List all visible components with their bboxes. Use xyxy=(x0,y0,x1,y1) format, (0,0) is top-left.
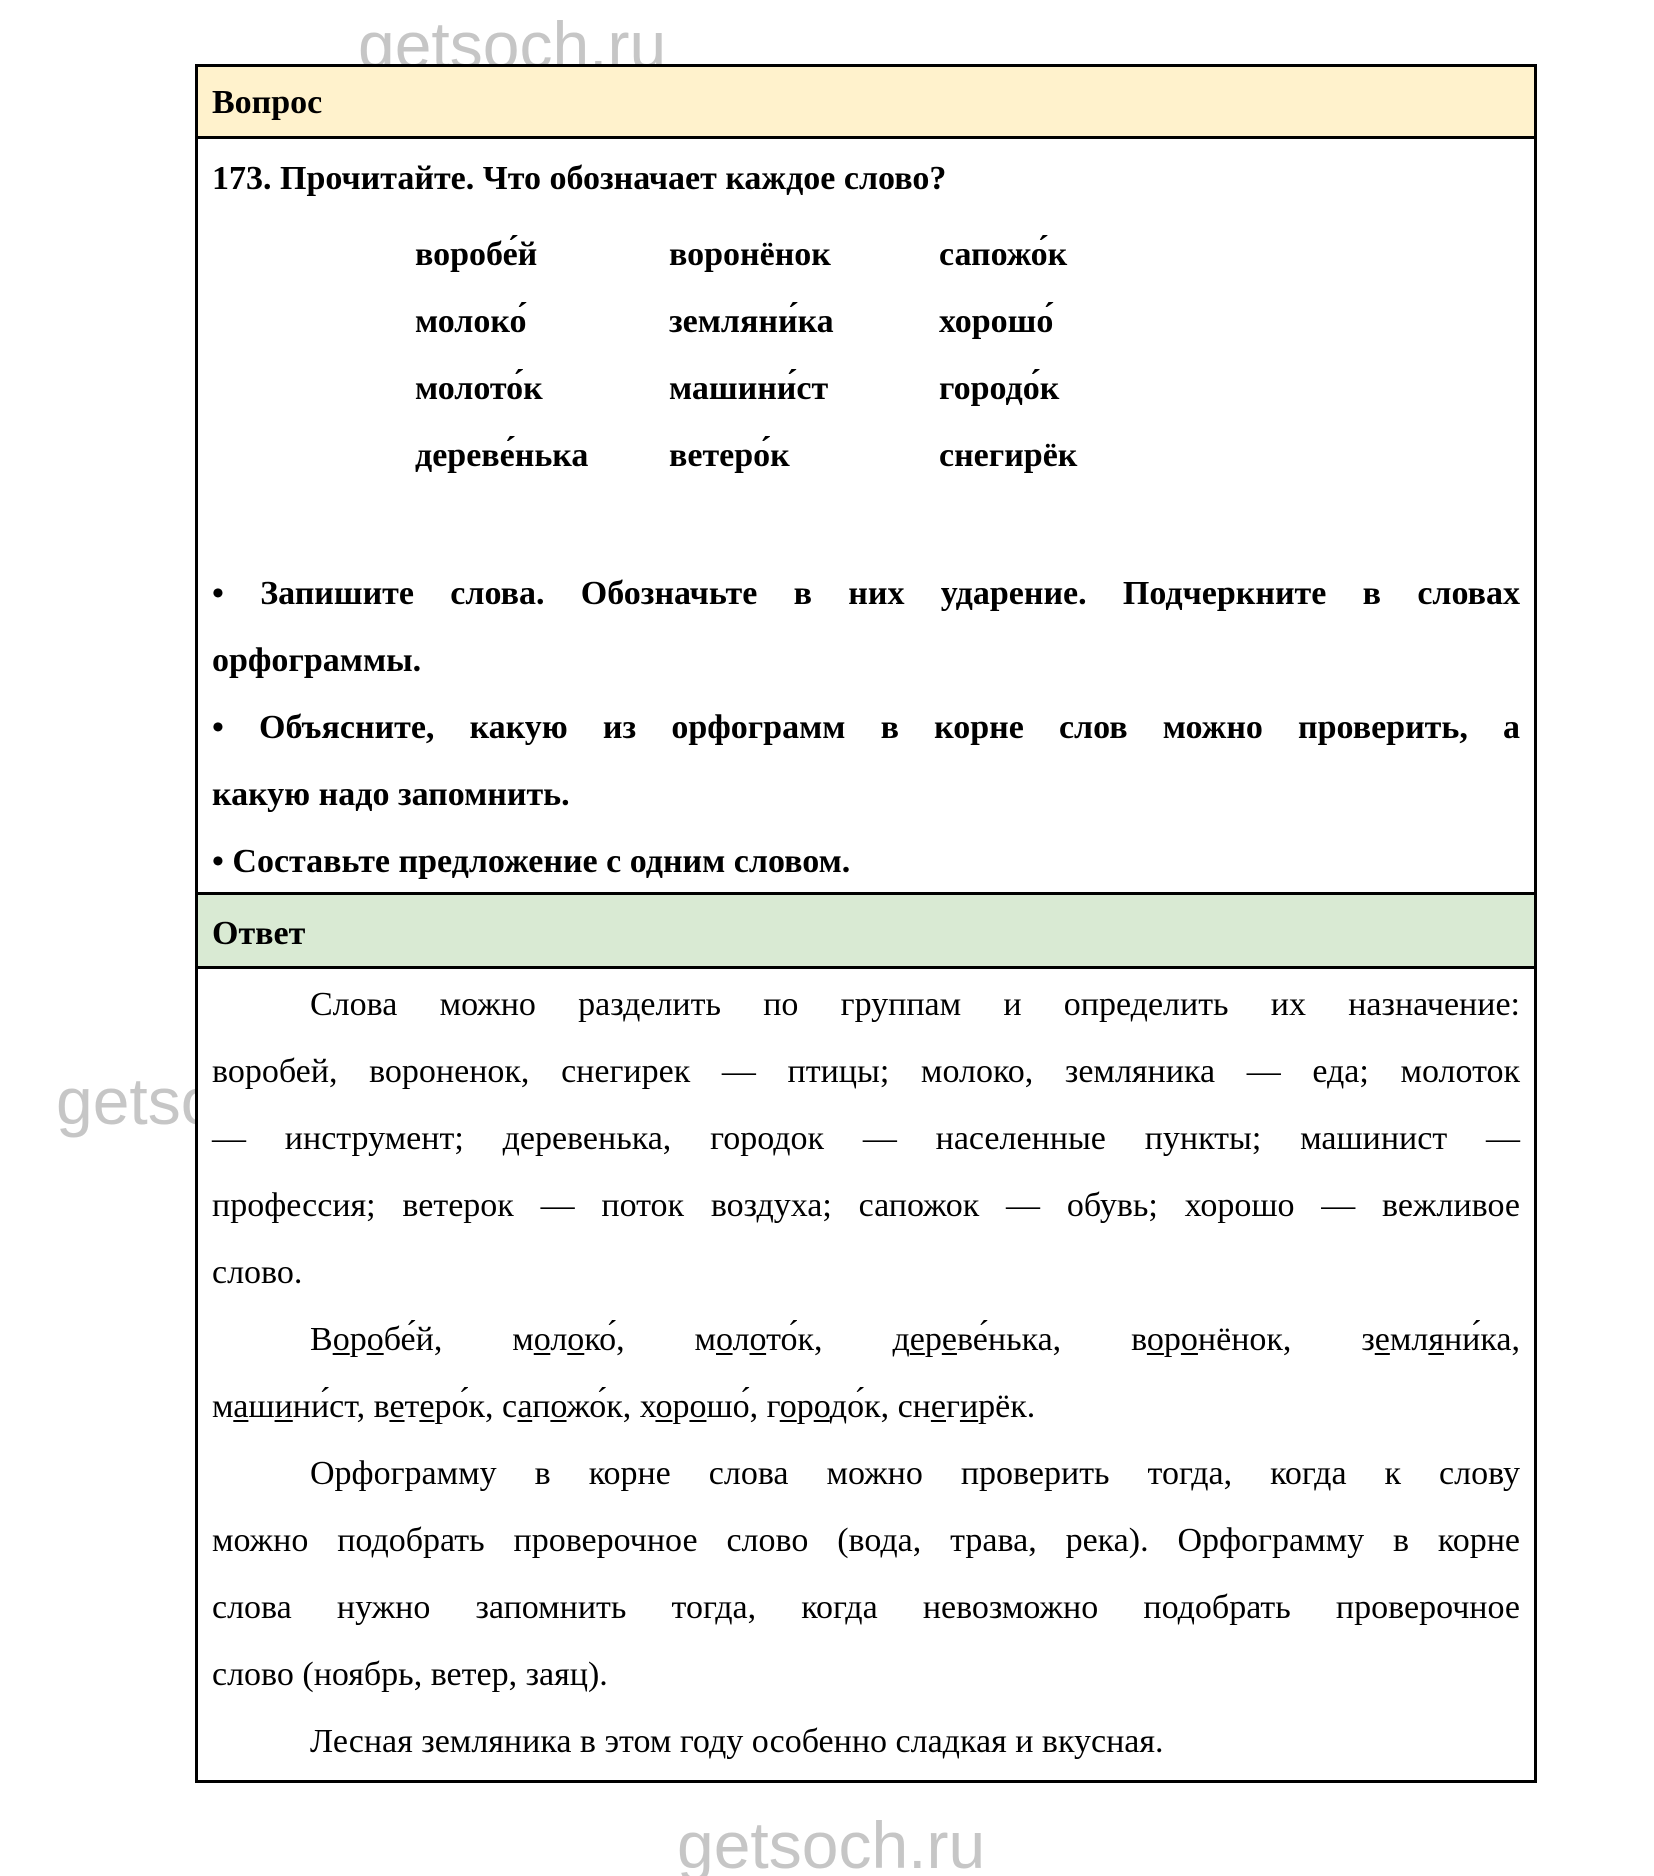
word-item: молото́к xyxy=(415,369,543,409)
answer-underlined-line-2: машини́ст, ветеро́к, сапожо́к, хорошо́, … xyxy=(212,1387,1520,1427)
instruction-3: • Составьте предложение с одним словом. xyxy=(212,842,1520,882)
answer-p1-line-5: слово. xyxy=(212,1253,1520,1293)
answer-p3-line-3: слова нужно запомнить тогда, когда невоз… xyxy=(212,1588,1520,1628)
answer-p3-line-4: слово (ноябрь, ветер, заяц). xyxy=(212,1655,1520,1695)
question-header: Вопрос xyxy=(198,67,1534,139)
word-item: земляни́ка xyxy=(669,302,834,342)
word-item: хорошо́ xyxy=(939,302,1053,342)
word-item: ветеро́к xyxy=(669,436,790,476)
orthogram-word: молоко́, xyxy=(512,1320,624,1360)
word-item: сапожо́к xyxy=(939,235,1067,275)
answer-underlined-line-1: Воробе́й,молоко́,молото́к,дереве́нька,во… xyxy=(310,1320,1520,1360)
answer-header-label: Ответ xyxy=(212,915,305,952)
instruction-2-line-1: • Объясните, какую из орфограмм в корне … xyxy=(212,708,1520,748)
orthogram-word: воронёнок, xyxy=(1131,1320,1291,1360)
answer-header: Ответ xyxy=(198,892,1534,969)
answer-sentence: Лесная земляника в этом году особенно сл… xyxy=(310,1722,1520,1762)
word-item: городо́к xyxy=(939,369,1059,409)
instruction-2-line-2: какую надо запомнить. xyxy=(212,775,1520,815)
orthogram-word: снегирёк. xyxy=(898,1388,1036,1425)
instruction-1-line-2: орфограммы. xyxy=(212,641,1520,681)
word-item: снегирёк xyxy=(939,436,1077,476)
word-item: воробе́й xyxy=(415,235,537,275)
word-item: молоко́ xyxy=(415,302,526,342)
orthogram-word: городо́к, xyxy=(767,1388,889,1425)
orthogram-word: хорошо́, xyxy=(640,1388,758,1425)
question-header-label: Вопрос xyxy=(212,84,322,121)
orthogram-word: молото́к, xyxy=(694,1320,822,1360)
orthogram-word: машини́ст, xyxy=(212,1388,365,1425)
answer-p3-line-2: можно подобрать проверочное слово (вода,… xyxy=(212,1521,1520,1561)
qa-table: Вопрос 173. Прочитайте. Что обозначает к… xyxy=(195,64,1537,1783)
answer-body: Слова можно разделить по группам и опред… xyxy=(198,969,1534,1780)
orthogram-word: сапожо́к, xyxy=(502,1388,631,1425)
orthogram-word: ветеро́к, xyxy=(374,1388,494,1425)
instruction-1-line-1: • Запишите слова. Обозначьте в них ударе… xyxy=(212,574,1520,614)
answer-p1-line-1: Слова можно разделить по группам и опред… xyxy=(310,985,1520,1025)
answer-p1-line-3: — инструмент; деревенька, городок — насе… xyxy=(212,1119,1520,1159)
orthogram-word: Воробе́й, xyxy=(310,1320,442,1360)
watermark: getsoch.ru xyxy=(677,1812,985,1876)
word-item: дереве́нька xyxy=(415,436,588,476)
question-title: 173. Прочитайте. Что обозначает каждое с… xyxy=(212,159,1520,199)
orthogram-word: земляни́ка, xyxy=(1361,1320,1520,1360)
answer-p1-line-2: воробей, вороненок, снегирек — птицы; мо… xyxy=(212,1052,1520,1092)
orthogram-word: дереве́нька, xyxy=(892,1320,1061,1360)
answer-p1-line-4: профессия; ветерок — поток воздуха; сапо… xyxy=(212,1186,1520,1226)
answer-p3-line-1: Орфограмму в корне слова можно проверить… xyxy=(310,1454,1520,1494)
word-item: машини́ст xyxy=(669,369,828,409)
question-body: 173. Прочитайте. Что обозначает каждое с… xyxy=(198,139,1534,892)
word-item: воронёнок xyxy=(669,235,831,275)
